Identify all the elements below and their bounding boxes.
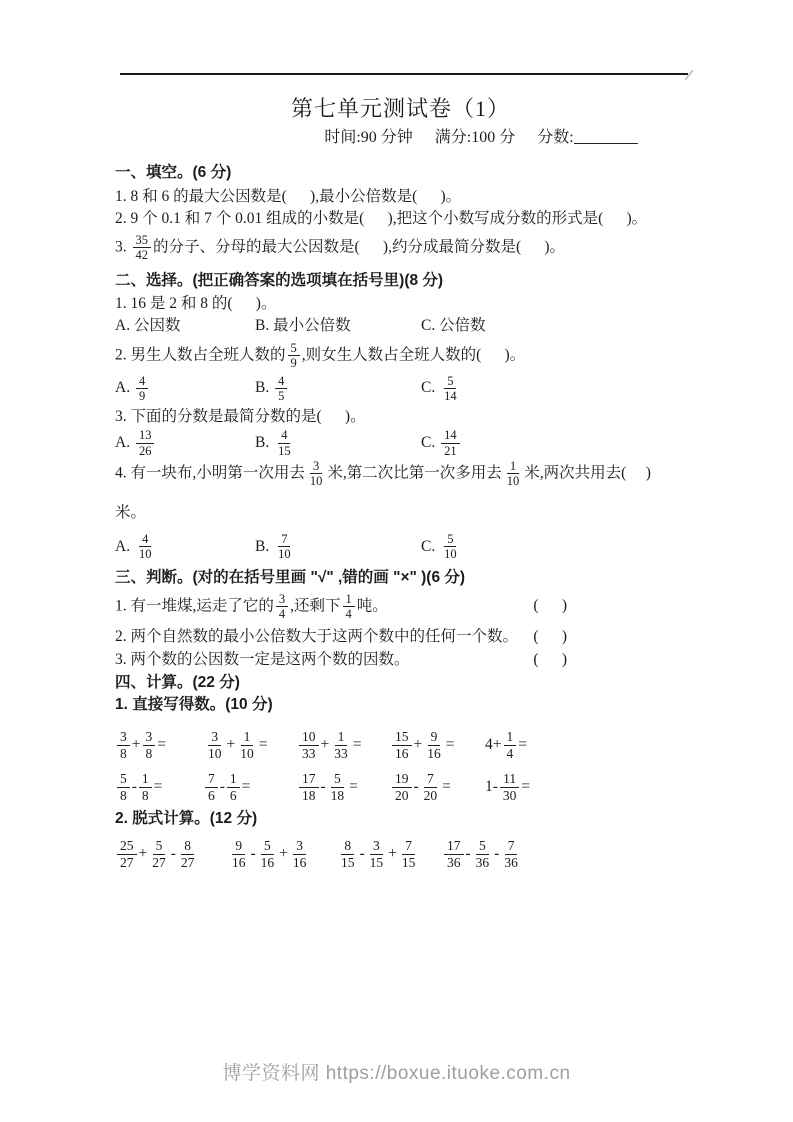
fraction: 720 xyxy=(421,771,441,803)
calc-expression: 310+110= xyxy=(203,729,297,761)
judge-question-3: 3. 两个数的公因数一定是这两个数的因数。 ( ) xyxy=(115,649,567,671)
calc-expression: 1718-518= xyxy=(297,771,390,803)
option-c: C. 公倍数 xyxy=(421,315,695,337)
choice-1-options: A. 公因数 B. 最小公倍数 C. 公倍数 xyxy=(115,315,695,337)
text-run: B. xyxy=(255,377,273,399)
text-run: 4. 有一块布,小明第一次用去 xyxy=(115,464,305,481)
option-a: A. 410 xyxy=(115,532,255,562)
text-run: 1. 有一堆煤,运走了它的 xyxy=(115,597,274,614)
text-run: - xyxy=(360,845,365,863)
calc-expression: 1516+916= xyxy=(390,729,485,761)
choice-question-1: 1. 16 是 2 和 8 的( )。 xyxy=(115,293,695,315)
stepwise-calc-row: 2527+527-827 916-516+316 815-315+715 173… xyxy=(115,832,695,876)
fraction: 1736 xyxy=(444,838,464,870)
calc-expression: 76-16= xyxy=(203,771,297,803)
fraction: 510 xyxy=(441,532,460,562)
mental-calc-row-2: 58-18= 76-16= 1718-518= 1920-720= 1-1130… xyxy=(115,766,695,808)
fraction: 59 xyxy=(288,341,300,371)
text-run: 吨。 xyxy=(357,597,388,614)
fill-item-3: 3. 3542的分子、分母的最大公因数是( ),约分成最简分数是( )。 xyxy=(115,233,695,263)
calc-expression: 4+14= xyxy=(485,729,695,761)
judge-question-2: 2. 两个自然数的最小公倍数大于这两个数中的任何一个数。 ( ) xyxy=(115,626,567,648)
fraction: 916 xyxy=(229,838,249,870)
text-run: = xyxy=(349,778,358,796)
fraction: 736 xyxy=(501,838,521,870)
fraction: 310 xyxy=(205,729,225,761)
text-run: A. xyxy=(115,377,134,399)
test-info-row: 时间:90 分钟满分:100 分分数: xyxy=(115,126,695,150)
fraction: 527 xyxy=(149,838,169,870)
option-b: B. 415 xyxy=(255,428,421,458)
judge-question-1: 1. 有一堆煤,运走了它的34,还剩下14吨。 ( ) xyxy=(115,592,567,622)
text-run: - xyxy=(220,778,225,796)
option-b: B. 最小公倍数 xyxy=(255,315,421,337)
text-run: - xyxy=(321,778,326,796)
text-run: - xyxy=(132,778,137,796)
fraction: 916 xyxy=(424,729,444,761)
text-run: 米,两次共用去( ) xyxy=(524,464,651,481)
fraction: 38 xyxy=(117,729,130,761)
choice-question-3: 3. 下面的分数是最简分数的是( )。 xyxy=(115,406,695,428)
fraction: 815 xyxy=(338,838,358,870)
fraction: 1033 xyxy=(299,729,319,761)
calc-expression: 815-315+715 xyxy=(336,838,442,870)
text-run: = xyxy=(157,736,166,754)
option-a: A. 49 xyxy=(115,374,255,404)
page-title: 第七单元测试卷（1） xyxy=(106,94,695,124)
text-run: = xyxy=(521,778,530,796)
text-run: - xyxy=(251,845,256,863)
fraction: 2527 xyxy=(117,838,137,870)
text-run: = xyxy=(154,778,163,796)
fraction: 1718 xyxy=(299,771,319,803)
text-run: C. xyxy=(421,377,439,399)
footer-watermark: 博学资料网 https://boxue.ituoke.com.cn xyxy=(0,1058,793,1085)
option-b: B. 45 xyxy=(255,374,421,404)
text-run: + xyxy=(321,736,330,754)
text-run: ,还剩下 xyxy=(290,597,340,614)
fraction: 110 xyxy=(237,729,257,761)
text-run: + xyxy=(414,736,423,754)
text-run: + xyxy=(139,845,148,863)
fraction: 827 xyxy=(178,838,198,870)
fraction: 38 xyxy=(143,729,156,761)
text-run: C. xyxy=(421,536,439,558)
text-run: B. xyxy=(255,536,273,558)
text-run: - xyxy=(466,845,471,863)
text-run: A. xyxy=(115,536,134,558)
calc-expression: 1033+133= xyxy=(297,729,390,761)
text-run: = xyxy=(518,736,527,754)
fraction: 18 xyxy=(139,771,152,803)
choice-3-options: A. 1326 B. 415 C. 1421 xyxy=(115,428,695,458)
text-run: 米,第二次比第一次多用去 xyxy=(327,464,501,481)
fraction: 76 xyxy=(205,771,218,803)
text-run: 1- xyxy=(485,778,498,796)
text-run: B. xyxy=(255,432,273,454)
judge-text: 2. 两个自然数的最小公倍数大于这两个数中的任何一个数。 xyxy=(115,626,518,648)
fraction: 49 xyxy=(136,374,148,404)
calc-expression: 916-516+316 xyxy=(227,838,336,870)
fraction: 516 xyxy=(258,838,278,870)
fraction: 315 xyxy=(367,838,387,870)
text-run: 3. xyxy=(115,238,131,255)
fraction: 415 xyxy=(275,428,294,458)
fill-item-1: 1. 8 和 6 的最大公因数是( ),最小公倍数是( )。 xyxy=(115,186,695,208)
fraction: 1130 xyxy=(500,771,520,803)
text-run: 2. 男生人数占全班人数的 xyxy=(115,346,286,363)
fraction: 410 xyxy=(136,532,155,562)
fraction: 518 xyxy=(328,771,348,803)
fraction: 14 xyxy=(343,592,355,622)
test-paper-page: 第七单元测试卷（1） 时间:90 分钟满分:100 分分数: 一、填空。(6 分… xyxy=(0,0,793,1122)
option-c: C. 510 xyxy=(421,532,695,562)
text-run: - xyxy=(171,845,176,863)
mental-calc-row-1: 38+38= 310+110= 1033+133= 1516+916= 4+14… xyxy=(115,724,695,766)
text-run: + xyxy=(388,845,397,863)
choice-question-4-cont: 米。 xyxy=(115,502,695,524)
score-label: 分数: xyxy=(537,129,573,146)
score-blank xyxy=(574,127,638,144)
calc-expression: 38+38= xyxy=(115,729,203,761)
option-a: A. 1326 xyxy=(115,428,255,458)
option-c: C. 514 xyxy=(421,374,695,404)
calc-expression: 1920-720= xyxy=(390,771,485,803)
text-run: A. xyxy=(115,432,134,454)
text-run: - xyxy=(494,845,499,863)
section-2-heading: 二、选择。(把正确答案的选项填在括号里)(8 分) xyxy=(115,270,695,292)
fraction: 1920 xyxy=(392,771,412,803)
text-run: = xyxy=(442,778,451,796)
fraction: 514 xyxy=(441,374,460,404)
text-run: = xyxy=(242,778,251,796)
text-run: + xyxy=(132,736,141,754)
option-a: A. 公因数 xyxy=(115,315,255,337)
fraction: 58 xyxy=(117,771,130,803)
fraction: 16 xyxy=(227,771,240,803)
calc-sub-2-heading: 2. 脱式计算。(12 分) xyxy=(115,808,695,830)
fill-item-2: 2. 9 个 0.1 和 7 个 0.01 组成的小数是( ),把这个小数写成分… xyxy=(115,208,695,230)
choice-4-options: A. 410 B. 710 C. 510 xyxy=(115,532,695,562)
option-c: C. 1421 xyxy=(421,428,695,458)
corner-mark xyxy=(685,70,694,81)
text-run: = xyxy=(259,736,268,754)
judge-text: 3. 两个数的公因数一定是这两个数的因数。 xyxy=(115,649,410,671)
text-run: = xyxy=(446,736,455,754)
choice-2-options: A. 49 B. 45 C. 514 xyxy=(115,374,695,404)
fraction: 3542 xyxy=(133,233,152,263)
choice-question-4: 4. 有一块布,小明第一次用去310米,第二次比第一次多用去110米,两次共用去… xyxy=(115,459,695,489)
text-run: 的分子、分母的最大公因数是( ),约分成最简分数是( )。 xyxy=(153,238,565,255)
fraction: 1326 xyxy=(136,428,155,458)
fraction: 710 xyxy=(275,532,294,562)
answer-parens: ( ) xyxy=(533,649,567,671)
calc-expression: 2527+527-827 xyxy=(115,838,227,870)
fraction: 310 xyxy=(307,459,326,489)
fraction: 536 xyxy=(473,838,493,870)
judge-text: 1. 有一堆煤,运走了它的34,还剩下14吨。 xyxy=(115,592,388,622)
top-rule xyxy=(120,73,688,75)
text-run: - xyxy=(414,778,419,796)
text-run: + xyxy=(279,845,288,863)
fraction: 1516 xyxy=(392,729,412,761)
calc-sub-1-heading: 1. 直接写得数。(10 分) xyxy=(115,694,695,716)
section-3-heading: 三、判断。(对的在括号里画 "√" ,错的画 "×" )(6 分) xyxy=(115,567,695,589)
text-run: C. xyxy=(421,432,439,454)
fraction: 110 xyxy=(504,459,523,489)
paper-content: 第七单元测试卷（1） 时间:90 分钟满分:100 分分数: 一、填空。(6 分… xyxy=(115,86,695,876)
text-run: = xyxy=(353,736,362,754)
text-run: ,则女生人数占全班人数的( )。 xyxy=(302,346,525,363)
fraction: 316 xyxy=(290,838,310,870)
fraction: 715 xyxy=(399,838,419,870)
section-1-heading: 一、填空。(6 分) xyxy=(115,162,695,184)
choice-question-2: 2. 男生人数占全班人数的59,则女生人数占全班人数的( )。 xyxy=(115,341,695,371)
fraction: 34 xyxy=(276,592,288,622)
answer-parens: ( ) xyxy=(533,595,567,617)
answer-parens: ( ) xyxy=(533,626,567,648)
fraction: 45 xyxy=(275,374,287,404)
calc-expression: 1736-536-736 xyxy=(442,838,695,870)
fraction: 133 xyxy=(331,729,351,761)
fraction: 14 xyxy=(504,729,517,761)
text-run: 4+ xyxy=(485,736,502,754)
calc-expression: 58-18= xyxy=(115,771,203,803)
time-label: 时间:90 分钟 xyxy=(324,129,412,146)
text-run: + xyxy=(227,736,236,754)
fraction: 1421 xyxy=(441,428,460,458)
full-score-label: 满分:100 分 xyxy=(435,129,515,146)
option-b: B. 710 xyxy=(255,532,421,562)
calc-expression: 1-1130= xyxy=(485,771,695,803)
section-4-heading: 四、计算。(22 分) xyxy=(115,672,695,694)
